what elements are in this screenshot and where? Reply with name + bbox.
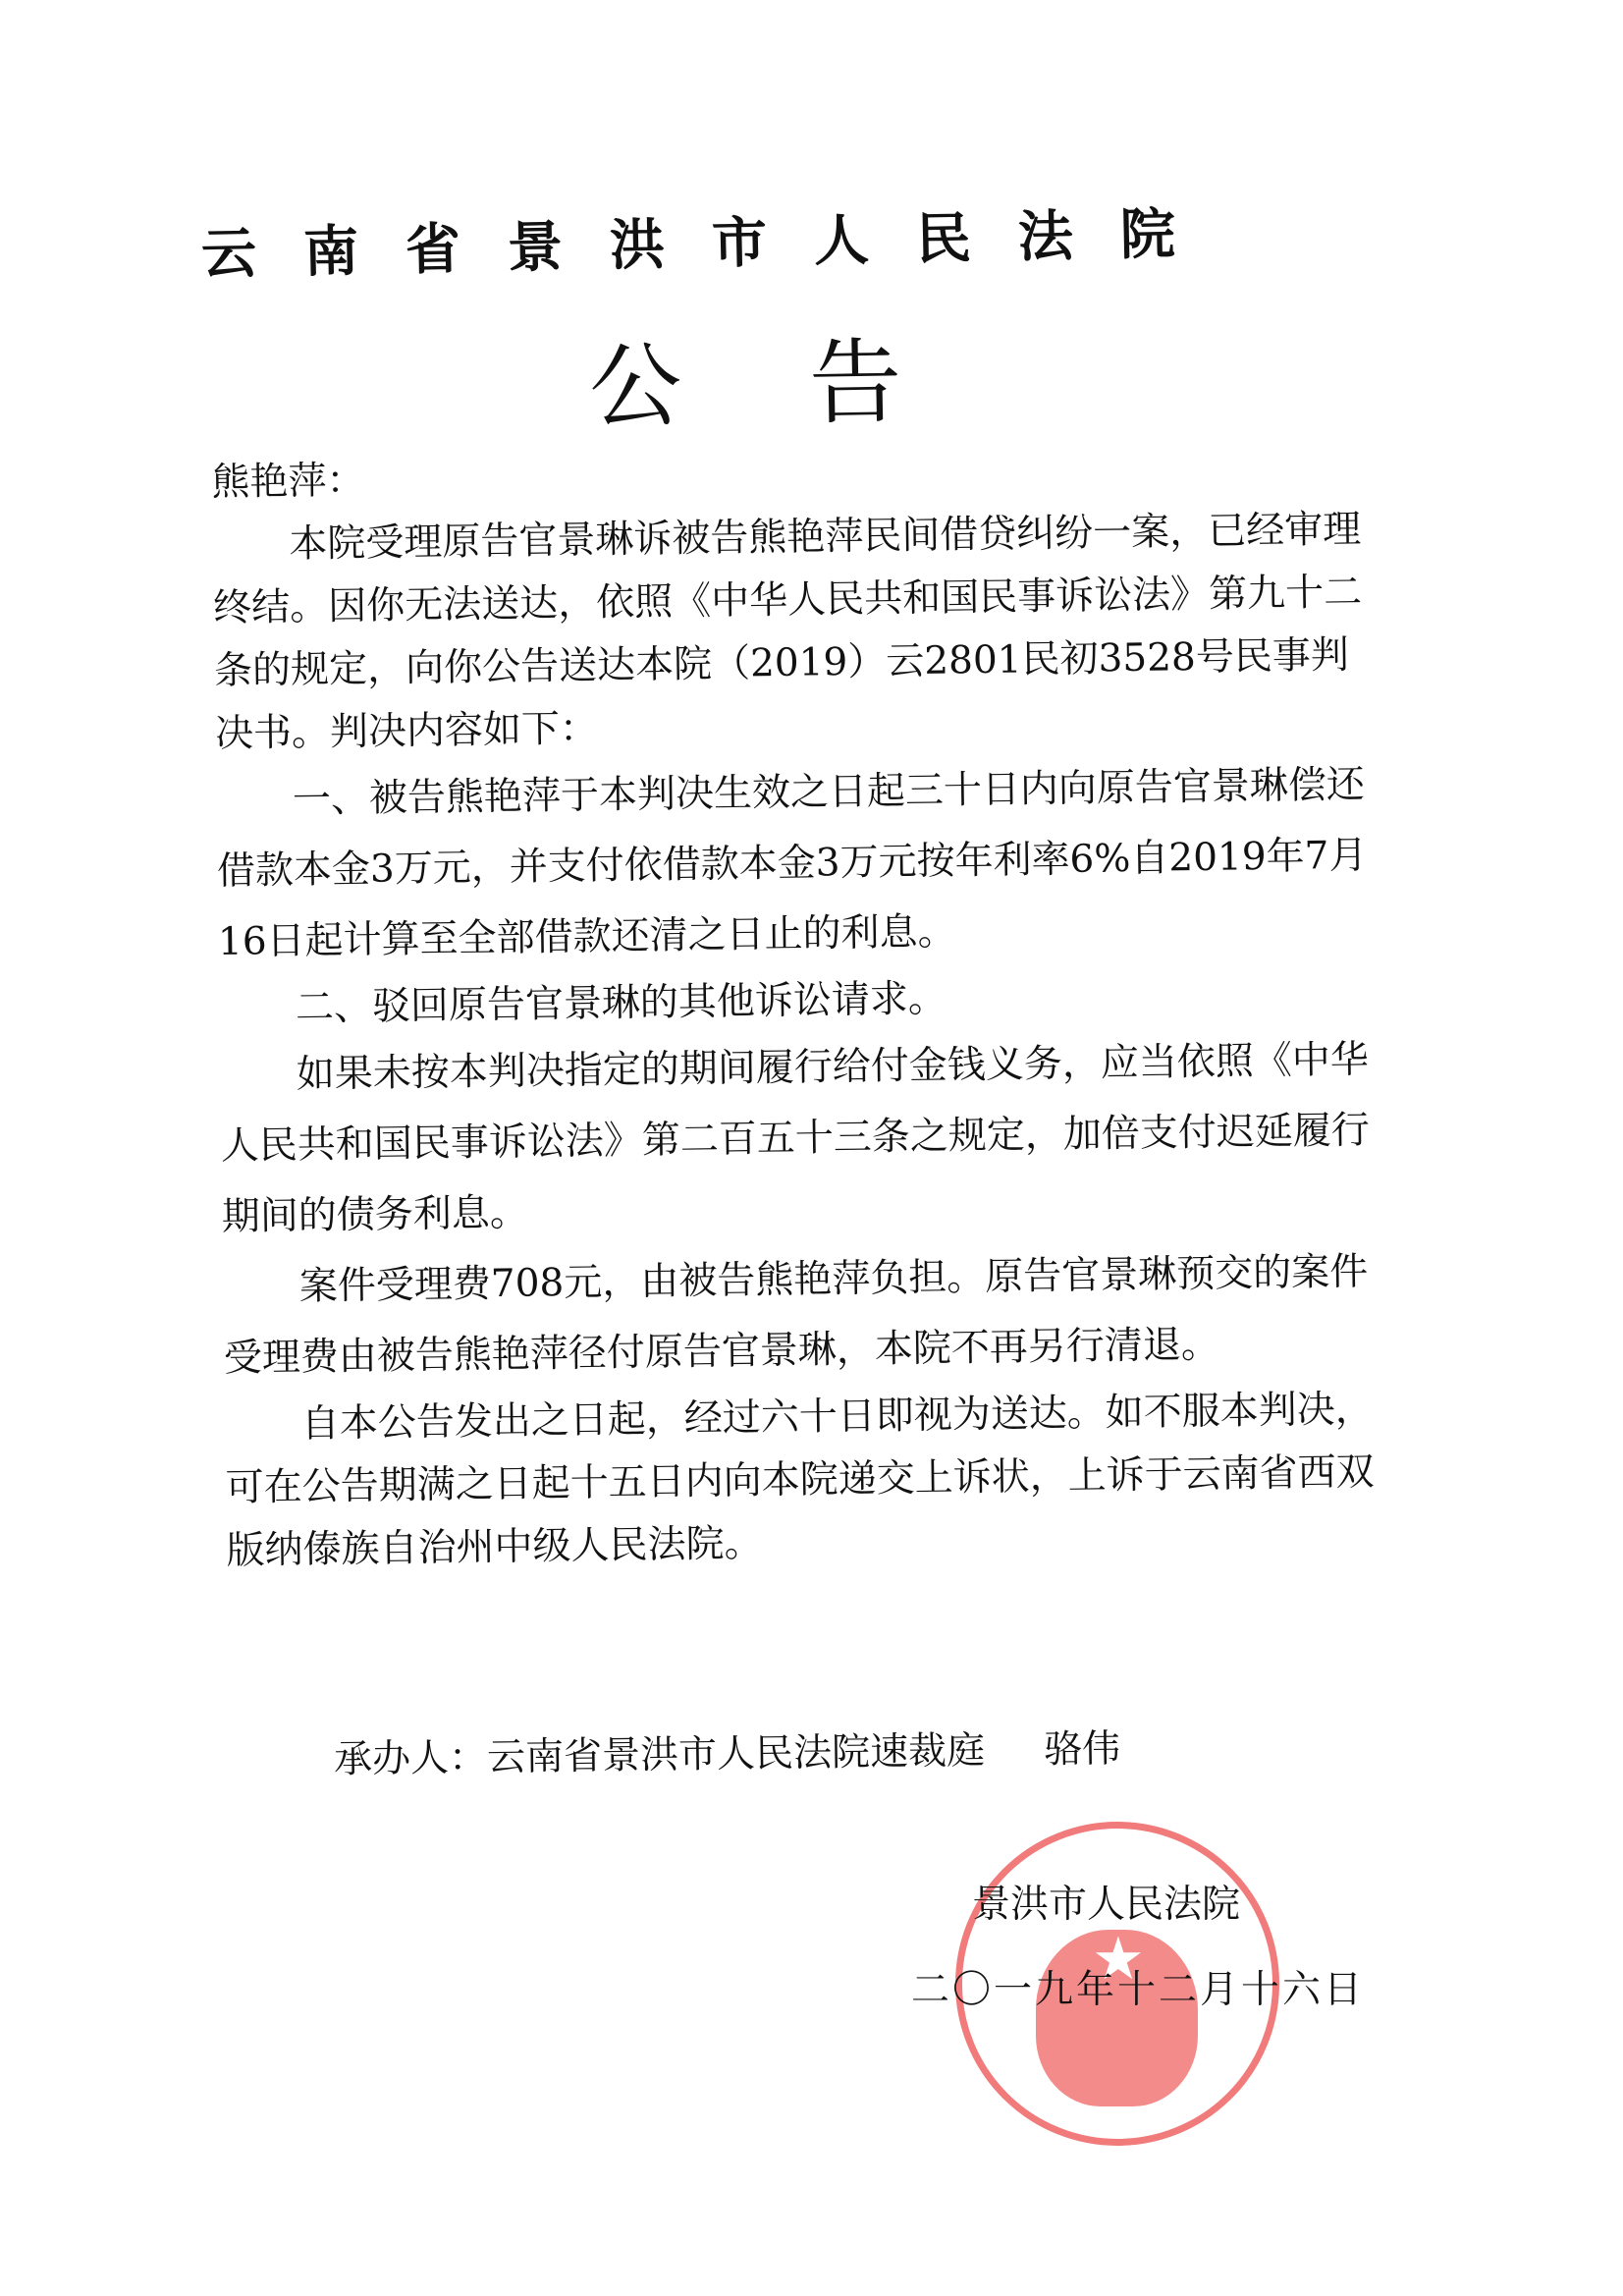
handler-label: 承办人： (334, 1735, 488, 1781)
issuing-court: 景洪市人民法院 (972, 1874, 1240, 1929)
document-title: 公告 (588, 305, 1030, 446)
issue-date: 二〇一九年十二月十六日 (911, 1959, 1365, 2014)
paragraph-fees: 案件受理费708元，由被告熊艳萍负担。原告官景琳预交的案件受理费由被告熊艳萍径付… (222, 1236, 1392, 1394)
handler-name: 骆伟 (1044, 1726, 1121, 1772)
court-name-heading: 云南省景洪市人民法院 (200, 187, 1360, 290)
handler-department: 云南省景洪市人民法院速裁庭 (487, 1728, 986, 1779)
notice-body: 熊艳萍： 本院受理原告官景琳诉被告熊艳萍民间借贷纠纷一案，已经审理终结。因你无法… (211, 435, 1395, 1583)
paragraph-case-intro: 本院受理原告官景琳诉被告熊艳萍民间借贷纠纷一案，已经审理终结。因你无法送达，依照… (212, 498, 1383, 766)
paragraph-appeal: 自本公告发出之日起，经过六十日即视为送达。如不服本判决，可在公告期满之日起十五日… (224, 1378, 1395, 1583)
paragraph-late-payment: 如果未按本判决指定的期间履行给付金钱义务，应当依照《中华人民共和国民事诉讼法》第… (219, 1024, 1390, 1253)
paragraph-judgment-item-1: 一、被告熊艳萍于本判决生效之日起三十日内向原告官景琳偿还借款本金3万元，并支付依… (215, 749, 1386, 978)
handler-line: 承办人：云南省景洪市人民法院速裁庭骆伟 (334, 1718, 1121, 1783)
